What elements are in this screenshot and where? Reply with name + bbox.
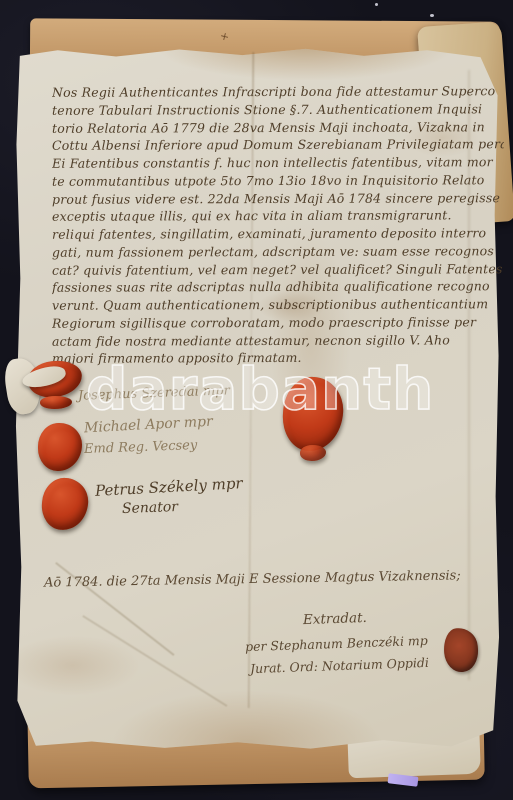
watermark-overlay: darabanth [86, 360, 434, 418]
text-line: Nos Regii Authenticantes Infrascripti bo… [52, 83, 504, 102]
text-line: Cottu Albensi Inferiore apud Domum Szere… [52, 135, 504, 154]
body-text: Nos Regii Authenticantes Infrascripti bo… [52, 83, 504, 368]
text-line: prout fusius videre est. 22da Mensis Maj… [52, 189, 504, 208]
extradat-line: Extradat. [303, 610, 367, 628]
signature-title: Senator [122, 499, 179, 517]
text-line: fassiones suas rite adscriptas nulla adh… [52, 277, 504, 296]
text-line: tenore Tabulari Instructionis Stione §.7… [52, 100, 504, 119]
text-line: exceptis utaque illis, qui ex hac vita i… [52, 206, 504, 225]
text-line: Regiorum sigillisque corroboratam, modo … [52, 313, 504, 332]
dust-speck [430, 14, 434, 17]
text-line: te commutantibus utpote 5to 7mo 13io 18v… [52, 171, 504, 190]
text-line: Ei Fatentibus constantis f. huc non inte… [52, 153, 504, 172]
dust-speck [375, 3, 378, 6]
text-line: cat? quivis fatentium, vel eam neget? ve… [52, 260, 504, 279]
manuscript-photo: + Nos Regii Authenticantes Infrascripti … [0, 0, 513, 800]
text-line: gati, num fassionem perlectam, adscripta… [52, 242, 504, 261]
text-line: torio Relatoria Aō 1779 die 28va Mensis … [52, 118, 504, 137]
text-line: verunt. Quam authenticationem, subscript… [52, 295, 504, 314]
text-line: actam fide nostra mediante attestamur, n… [52, 331, 504, 350]
text-line: reliqui fatentes, singillatim, examinati… [52, 224, 504, 243]
